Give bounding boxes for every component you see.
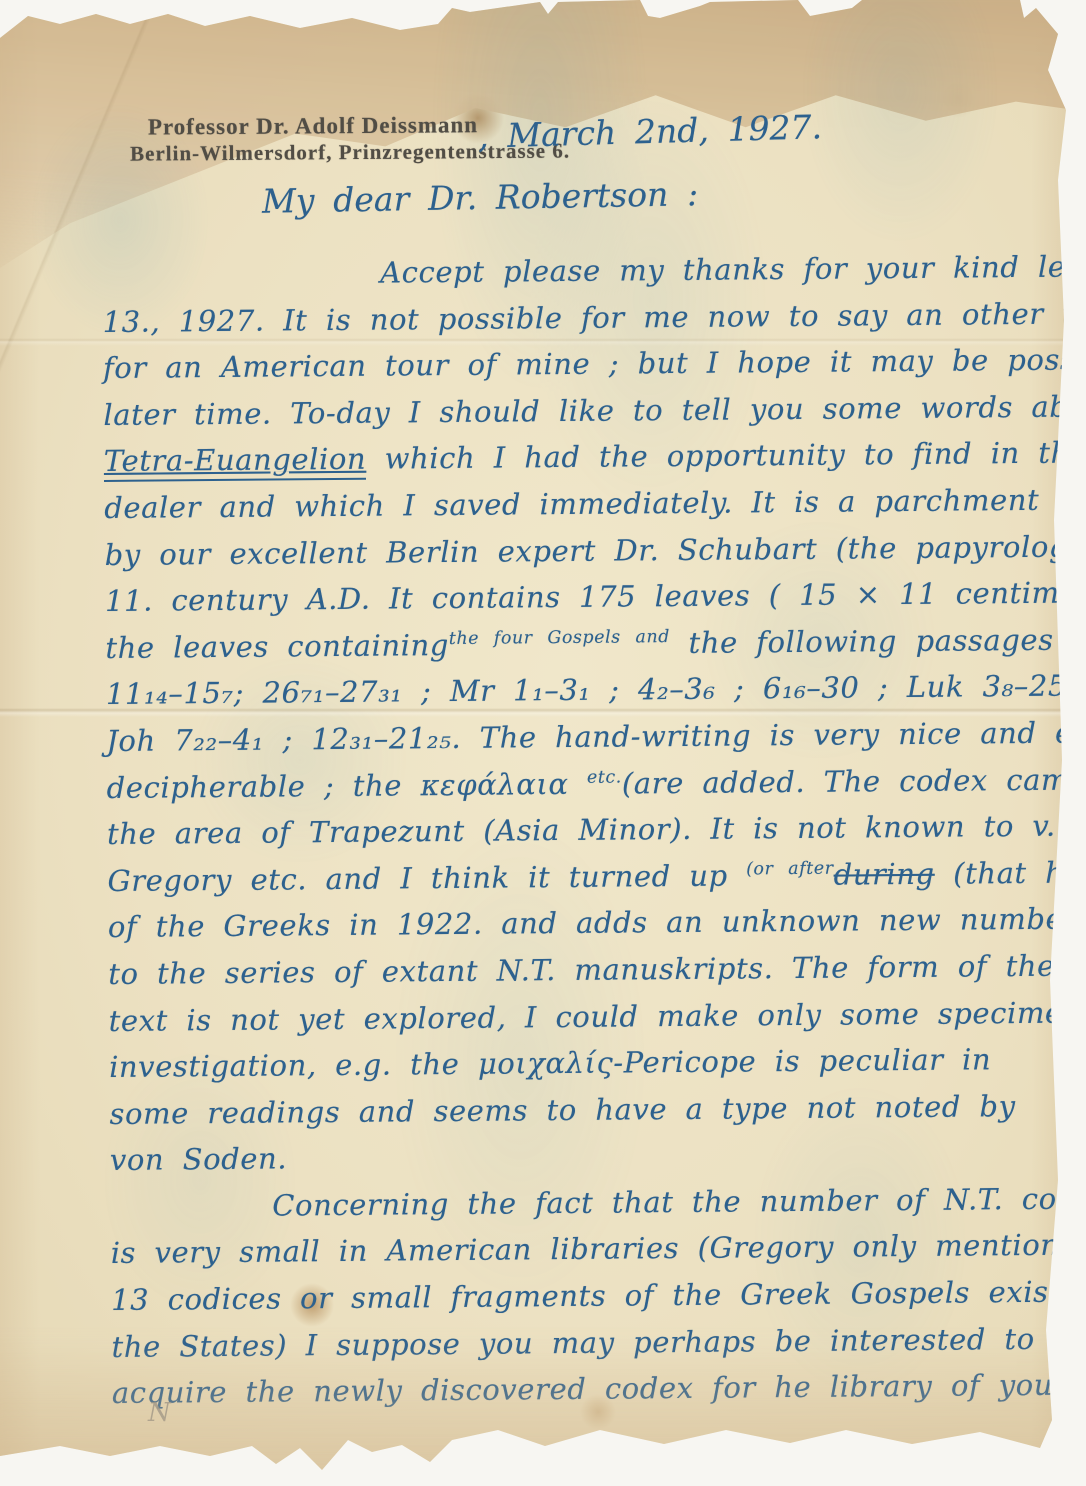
letter-body: Accept please my thanks for your kind le…: [102, 244, 1017, 1417]
letter-line: 11₁₄–15₇; 26₇₁–27₃₁ ; Mr 1₁–3₁ ; 4₂–3₆ ;…: [106, 663, 1011, 717]
letter-line: for an American tour of mine ; but I hop…: [103, 337, 1008, 391]
letter-line: investigation, e.g. the μοιχαλίς-Pericop…: [109, 1036, 1014, 1090]
letter-line: Concerning the fact that the number of N…: [272, 1176, 1015, 1229]
letter-line: some readings and seems to have a type n…: [109, 1083, 1014, 1137]
letter-line: acquire the newly discovered codex for h…: [112, 1362, 1017, 1416]
letter-segment: von Soden.: [110, 1142, 287, 1178]
pencil-mark: N: [148, 1398, 171, 1428]
letter-line: the States) I suppose you may perhaps be…: [111, 1316, 1016, 1370]
letter-line: 13., 1927. It is not possible for me now…: [102, 291, 1007, 345]
letter-segment: the following passages being lost : Mt 1…: [670, 619, 1086, 660]
letter-segment: (that horrible expulsion: [935, 853, 1086, 890]
letter-segment: the leaves containing: [105, 628, 449, 665]
letter-segment: (are added. The codex came from: [622, 761, 1086, 800]
letter-line: to the series of extant N.T. manuskripts…: [108, 943, 1013, 997]
letter-line: the area of Trapezunt (Asia Minor). It i…: [107, 803, 1012, 857]
letter-segment: Accept please my thanks for your kind le…: [380, 248, 1086, 290]
letter-segment: 11. century A.D. It contains 175 leaves …: [105, 575, 1086, 618]
date-line: , March 2nd, 1927.: [478, 107, 823, 156]
letter-segment: the area of Trapezunt (Asia Minor). It i…: [107, 808, 1086, 851]
letter-line: 13 codices or small fragments of the Gre…: [111, 1269, 1016, 1323]
letter-segment-strike: during: [833, 856, 934, 891]
scanned-letter-page: { "colors": { "paper": "#ece1c2", "paper…: [0, 0, 1086, 1486]
letter-segment: Gregory etc. and I think it turned up: [107, 858, 746, 898]
letter-segment: some readings and seems to have a type n…: [109, 1089, 1015, 1131]
letter-segment: Joh 7₂₂–4₁ ; 12₃₁–21₂₅. The hand-writing…: [106, 715, 1086, 758]
letter-segment: of the Greeks in 1922. and adds an unkno…: [108, 902, 1078, 944]
letter-segment-ins: (or after: [746, 869, 833, 870]
letter-segment: decipherable ; the κεφάλαια: [107, 766, 588, 804]
letter-segment-ins: the four Gospels and: [449, 637, 670, 639]
letter-line: Accept please my thanks for your kind le…: [380, 244, 1007, 296]
letter-line: decipherable ; the κεφάλαια etc.(are add…: [106, 757, 1011, 811]
letter-segment: acquire the newly discovered codex for h…: [112, 1366, 1086, 1410]
letter-segment: 13 codices or small fragments of the Gre…: [111, 1274, 1086, 1317]
letter-segment: by our excellent Berlin expert Dr. Schub…: [104, 528, 1086, 572]
letter-segment: for an American tour of mine ; but I hop…: [103, 341, 1086, 385]
letter-line: of the Greeks in 1922. and adds an unkno…: [108, 896, 1013, 950]
letter-line: von Soden.: [110, 1129, 1015, 1183]
letter-line: text is not yet explored, I could make o…: [109, 990, 1014, 1044]
letter-segment: text is not yet explored, I could make o…: [109, 995, 1083, 1037]
letter-segment: to the series of extant N.T. manuskripts…: [108, 949, 1055, 991]
letter-segment: 13., 1927. It is not possible for me now…: [102, 296, 1086, 339]
letter-segment: which I had the opportunity to find in t…: [366, 433, 1086, 476]
letter-segment: the States) I suppose you may perhaps be…: [111, 1322, 1034, 1364]
letter-line: later time. To-day I should like to tell…: [103, 384, 1008, 438]
letter-line: 11. century A.D. It contains 175 leaves …: [105, 570, 1010, 624]
letter-segment: 11₁₄–15₇; 26₇₁–27₃₁ ; Mr 1₁–3₁ ; 4₂–3₆ ;…: [106, 669, 1086, 712]
letter-line: Joh 7₂₂–4₁ ; 12₃₁–21₂₅. The hand-writing…: [106, 710, 1011, 764]
letter-segment: investigation, e.g. the μοιχαλίς-Pericop…: [109, 1042, 991, 1084]
paper-sheet: Professor Dr. Adolf Deissmann Berlin-Wil…: [0, 0, 1086, 1486]
letter-segment: dealer and which I saved immediately. It…: [104, 481, 1086, 525]
letter-segment: is very small in American libraries (Gre…: [111, 1228, 1076, 1270]
letter-segment: Concerning the fact that the number of N…: [272, 1181, 1086, 1223]
letter-line: by our excellent Berlin expert Dr. Schub…: [104, 524, 1009, 578]
letter-line: Tetra-Euangelion which I had the opportu…: [104, 430, 1009, 484]
salutation: My dear Dr. Robertson :: [262, 174, 699, 221]
letter-line: is very small in American libraries (Gre…: [111, 1223, 1016, 1277]
letter-line: the leaves containingthe four Gospels an…: [105, 617, 1010, 671]
letter-segment: later time. To-day I should like to tell…: [103, 388, 1086, 431]
letter-segment-u2: Tetra-Euangelion: [104, 442, 367, 482]
letter-line: dealer and which I saved immediately. It…: [104, 477, 1009, 531]
letter-line: Gregory etc. and I think it turned up (o…: [107, 850, 1012, 904]
